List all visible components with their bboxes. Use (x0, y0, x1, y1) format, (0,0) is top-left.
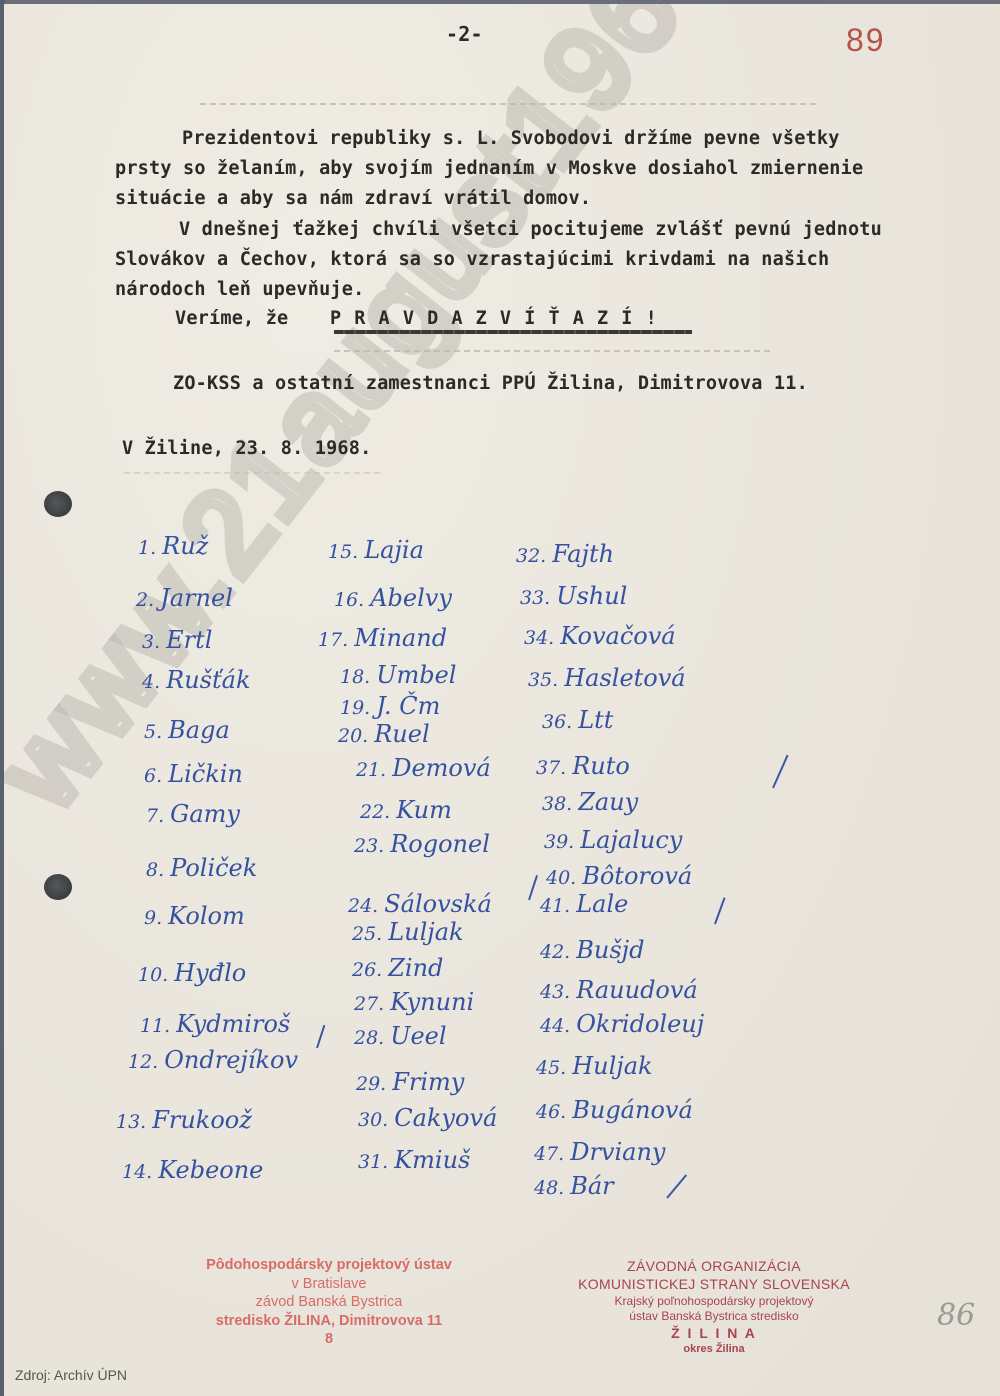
punch-hole (44, 874, 72, 900)
paragraph-2-line-2: Slovákov a Čechov, ktorá sa so vzrastajú… (115, 249, 829, 270)
signature-entry: 9.Kolom (144, 902, 245, 930)
signature-entry: 17.Minand (318, 624, 447, 652)
signature-entry: 6.Ličkin (144, 760, 243, 788)
signature-entry: 32.Fajth (516, 540, 614, 568)
signature-entry: 39.Lajalucy (544, 826, 682, 854)
signature-entry: 46.Bugánová (536, 1096, 693, 1124)
signature-entry: 40.Bôtorová (546, 862, 692, 890)
signature-entry: 30.Cakyová (358, 1104, 497, 1132)
signature-entry: 43.Rauudová (540, 976, 698, 1004)
folio-number: 89 (846, 22, 886, 59)
signature-entry: 48.Bár (534, 1172, 614, 1200)
signature-entry: 13.Frukoož (116, 1106, 252, 1134)
signature-entry: 11.Kydmiroš (140, 1010, 290, 1038)
signature-entry: 1.Ruž (138, 532, 208, 560)
signature-entry: 44.Okridoleuj (540, 1010, 704, 1038)
ink-tick-mark (316, 1025, 325, 1048)
signature-entry: 37.Ruto (536, 752, 630, 780)
signature-entry: 2.Jarnel (136, 584, 233, 612)
paragraph-1-line-3: situácie a aby sa nám zdraví vrátil domo… (115, 188, 591, 209)
signature-entry: 8.Poliček (146, 854, 257, 882)
document-page: www.21august1968.sk -2- 89 Prezidentovi … (4, 4, 1000, 1396)
institute-stamp: Pôdohospodársky projektový ústav v Brati… (184, 1256, 474, 1349)
closing-slogan: P R A V D A Z V Í Ť A Z Í ! (330, 308, 658, 329)
ghost-typewriter-line (124, 472, 384, 474)
signature-entry: 38.Zauy (542, 788, 638, 816)
signature-entry: 28.Ueel (354, 1022, 447, 1050)
closing-prefix: Veríme, že (175, 308, 288, 329)
ink-tick-mark (666, 1174, 687, 1198)
paragraph-2-line-3: národoch leň upevňuje. (115, 279, 364, 300)
ink-tick-mark (772, 755, 788, 789)
paragraph-1-line-1: Prezidentovi republiky s. L. Svobodovi d… (182, 128, 840, 149)
signature-entry: 22.Kum (360, 796, 452, 824)
ghost-typewriter-line (334, 350, 774, 352)
paragraph-1-line-2: prsty so želaním, aby svojím jednaním v … (115, 158, 863, 179)
ghost-typewriter-line (200, 103, 820, 105)
signature-entry: 14.Kebeone (122, 1156, 263, 1184)
signature-entry: 42.Bušjd (540, 936, 644, 964)
signature-entry: 45.Huljak (536, 1052, 653, 1080)
signature-entry: 33.Ushul (520, 582, 627, 610)
signature-entry: 4.Rušťák (142, 666, 250, 694)
source-caption: Zdroj: Archív ÚPN (15, 1367, 127, 1383)
signature-entry: 12.Ondrejíkov (128, 1046, 298, 1074)
pencil-page-number: 86 (937, 1298, 975, 1333)
signature-entry: 29.Frimy (356, 1068, 464, 1096)
signature-entry: 26.Zind (352, 954, 443, 982)
punch-hole (44, 491, 72, 517)
signature-entry: 20.Ruel (338, 720, 430, 748)
signature-entry: 15.Lajia (328, 536, 424, 564)
signature-entry: 3.Ertl (142, 626, 212, 654)
signature-entry: 25.Luljak (352, 918, 464, 946)
signature-entry: 18.Umbel (340, 661, 456, 689)
signature-entry: 23.Rogonel (354, 830, 490, 858)
signature-entry: 36.Ltt (542, 706, 613, 734)
signature-entry: 5.Baga (144, 716, 230, 744)
signature-entry: 19.J. Čm (340, 692, 440, 720)
slogan-underline (334, 330, 692, 334)
signature-entry: 34.Kovačová (524, 622, 676, 650)
page-number: -2- (446, 22, 483, 46)
signature-entry: 10.Hyđlo (138, 959, 246, 987)
signature-entry: 41.Lale (540, 890, 628, 918)
signature-entry: 47.Drviany (534, 1138, 666, 1166)
ink-tick-mark (528, 875, 538, 900)
signature-entry: 27.Kynuni (354, 988, 474, 1016)
ink-tick-mark (714, 897, 725, 924)
signature-entry: 31.Kmiuš (358, 1146, 470, 1174)
signature-entry: 7.Gamy (146, 800, 240, 828)
signatory-line: ZO-KSS a ostatní zamestnanci PPÚ Žilina,… (173, 373, 808, 394)
signature-entry: 16.Abelvy (334, 584, 452, 612)
paragraph-2-line-1: V dnešnej ťažkej chvíli všetci pocitujem… (179, 219, 882, 240)
place-and-date: V Žiline, 23. 8. 1968. (122, 438, 371, 459)
signature-entry: 21.Demová (356, 754, 491, 782)
signature-entry: 24.Sálovská (348, 890, 492, 918)
party-organization-stamp: ZÁVODNÁ ORGANIZÁCIA KOMUNISTICKEJ STRANY… (564, 1258, 864, 1357)
signature-entry: 35.Hasletová (528, 664, 686, 692)
